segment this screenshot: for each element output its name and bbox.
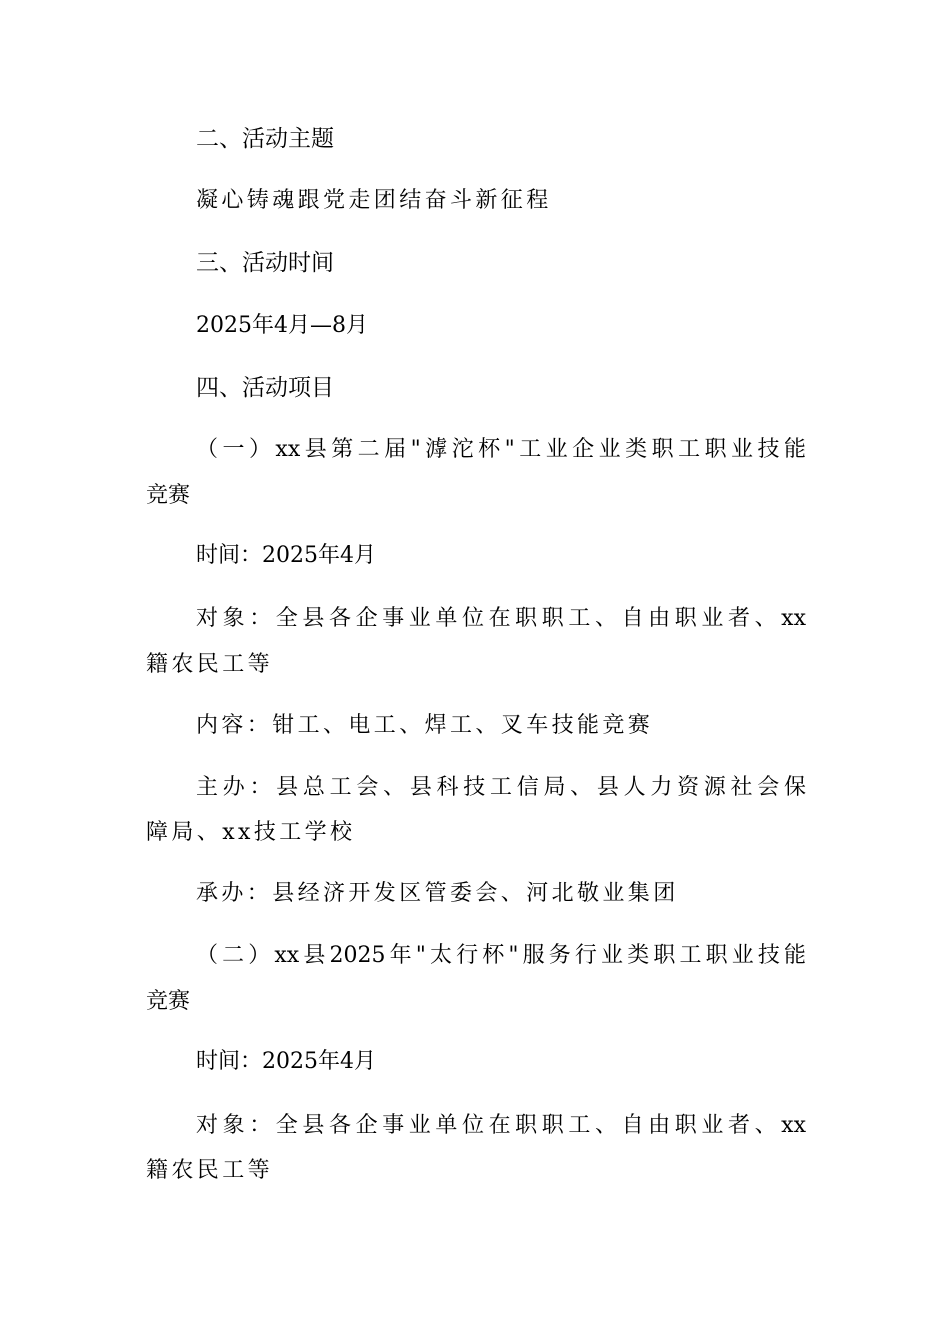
- project-2-target-cont: 籍农民工等: [146, 1156, 273, 1186]
- section-content-theme: 凝心铸魂跟党走团结奋斗新征程: [196, 186, 552, 216]
- section-content-time: 2025年4月—8月: [196, 311, 368, 341]
- section-heading-time: 三、活动时间: [196, 248, 334, 278]
- project-1-time: 时间：2025年4月: [196, 541, 376, 571]
- project-2-time: 时间：2025年4月: [196, 1047, 376, 1077]
- project-1-title-cont: 竞赛: [146, 481, 190, 511]
- project-1-undertaker: 承办：县经济开发区管委会、河北敬业集团: [196, 879, 679, 909]
- section-heading-projects: 四、活动项目: [196, 373, 334, 403]
- project-1-content: 内容：钳工、电工、焊工、叉车技能竞赛: [196, 711, 653, 741]
- project-1-title: （一）xx县第二届"滹沱杯"工业企业类职工职业技能: [196, 435, 806, 465]
- project-1-target: 对象：全县各企事业单位在职职工、自由职业者、xx: [196, 604, 806, 634]
- project-2-target: 对象：全县各企事业单位在职职工、自由职业者、xx: [196, 1111, 806, 1141]
- project-1-organizer: 主办：县总工会、县科技工信局、县人力资源社会保: [196, 773, 806, 803]
- project-1-target-cont: 籍农民工等: [146, 650, 273, 680]
- project-2-title: （二）xx县2025年"太行杯"服务行业类职工职业技能: [196, 941, 806, 971]
- project-2-title-cont: 竞赛: [146, 987, 190, 1017]
- project-1-organizer-cont: 障局、xx技工学校: [146, 818, 355, 848]
- document-page: 二、活动主题 凝心铸魂跟党走团结奋斗新征程 三、活动时间 2025年4月—8月 …: [0, 0, 950, 1344]
- section-heading-theme: 二、活动主题: [196, 124, 334, 154]
